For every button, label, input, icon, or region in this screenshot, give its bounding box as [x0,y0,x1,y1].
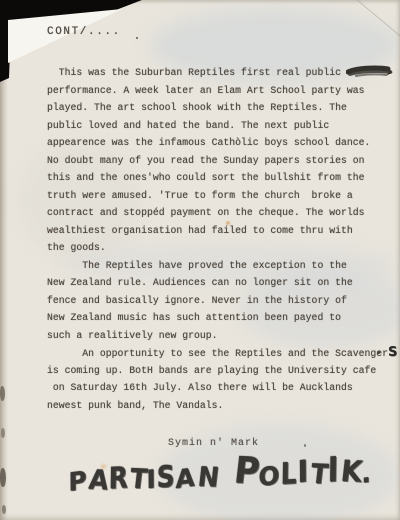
handwritten-title: PARTISAN POLITIK. [68,452,372,494]
edge-ink-blot [1,428,5,438]
edge-ink-blot [0,386,5,401]
typed-line: truth were amused. 'True to form the chu… [47,187,399,205]
handwritten-correction-s: S [388,345,397,360]
typed-line: New Zealand rule. Audiences can no longe… [47,274,399,292]
typed-line-text: This was the Suburban Reptiles first rea… [47,67,341,78]
edge-ink-blot [0,468,6,487]
typed-line: This was the Suburban Reptiles first rea… [47,64,399,82]
typed-line: New Zealand music has such attention bee… [47,309,399,327]
typed-line: on Saturday 16th July. Also there will b… [47,379,399,397]
typed-line: newest punk band, The Vandals. [47,397,399,415]
signature: Symin n' Mark [168,438,259,449]
typed-line: No doubt many of you read the Sunday pap… [47,152,399,170]
typed-body: This was the Suburban Reptiles first rea… [47,64,399,414]
typed-line: appearence was the infamous Cathòlic boy… [47,134,399,152]
typed-line-text: An opportunity to see the Reptiles and t… [47,348,388,359]
typed-line: played. The art school shook with the Re… [47,99,399,117]
typed-line: this and the ones'who could sort the bul… [47,169,399,187]
continuation-marker: CONT/.... [47,26,121,38]
typed-line: performance. A week later an Elam Art Sc… [47,82,399,100]
typed-line: the goods. [47,239,399,257]
typed-line: wealthiest organisation had failed to co… [47,222,399,240]
scribbled-out-word [346,64,396,79]
typed-line: contract and stoppéd payment on the cheq… [47,204,399,222]
typed-line: public loved and hated the band. The nex… [47,117,399,135]
typed-line: fence and basically ignore. Never in the… [47,292,399,310]
typed-line: is coming up. BotH bands are playing the… [47,362,399,380]
ink-speck [136,37,138,39]
typed-line: such a realitively new group. [47,327,399,345]
typed-line: The Reptiles have proved the exception t… [47,257,399,275]
typed-line: An opportunity to see the Reptiles and t… [47,344,399,362]
ink-speck [304,444,306,447]
scanned-page: CONT/.... This was the Suburban Reptiles… [0,0,400,520]
edge-ink-blot [2,505,6,514]
